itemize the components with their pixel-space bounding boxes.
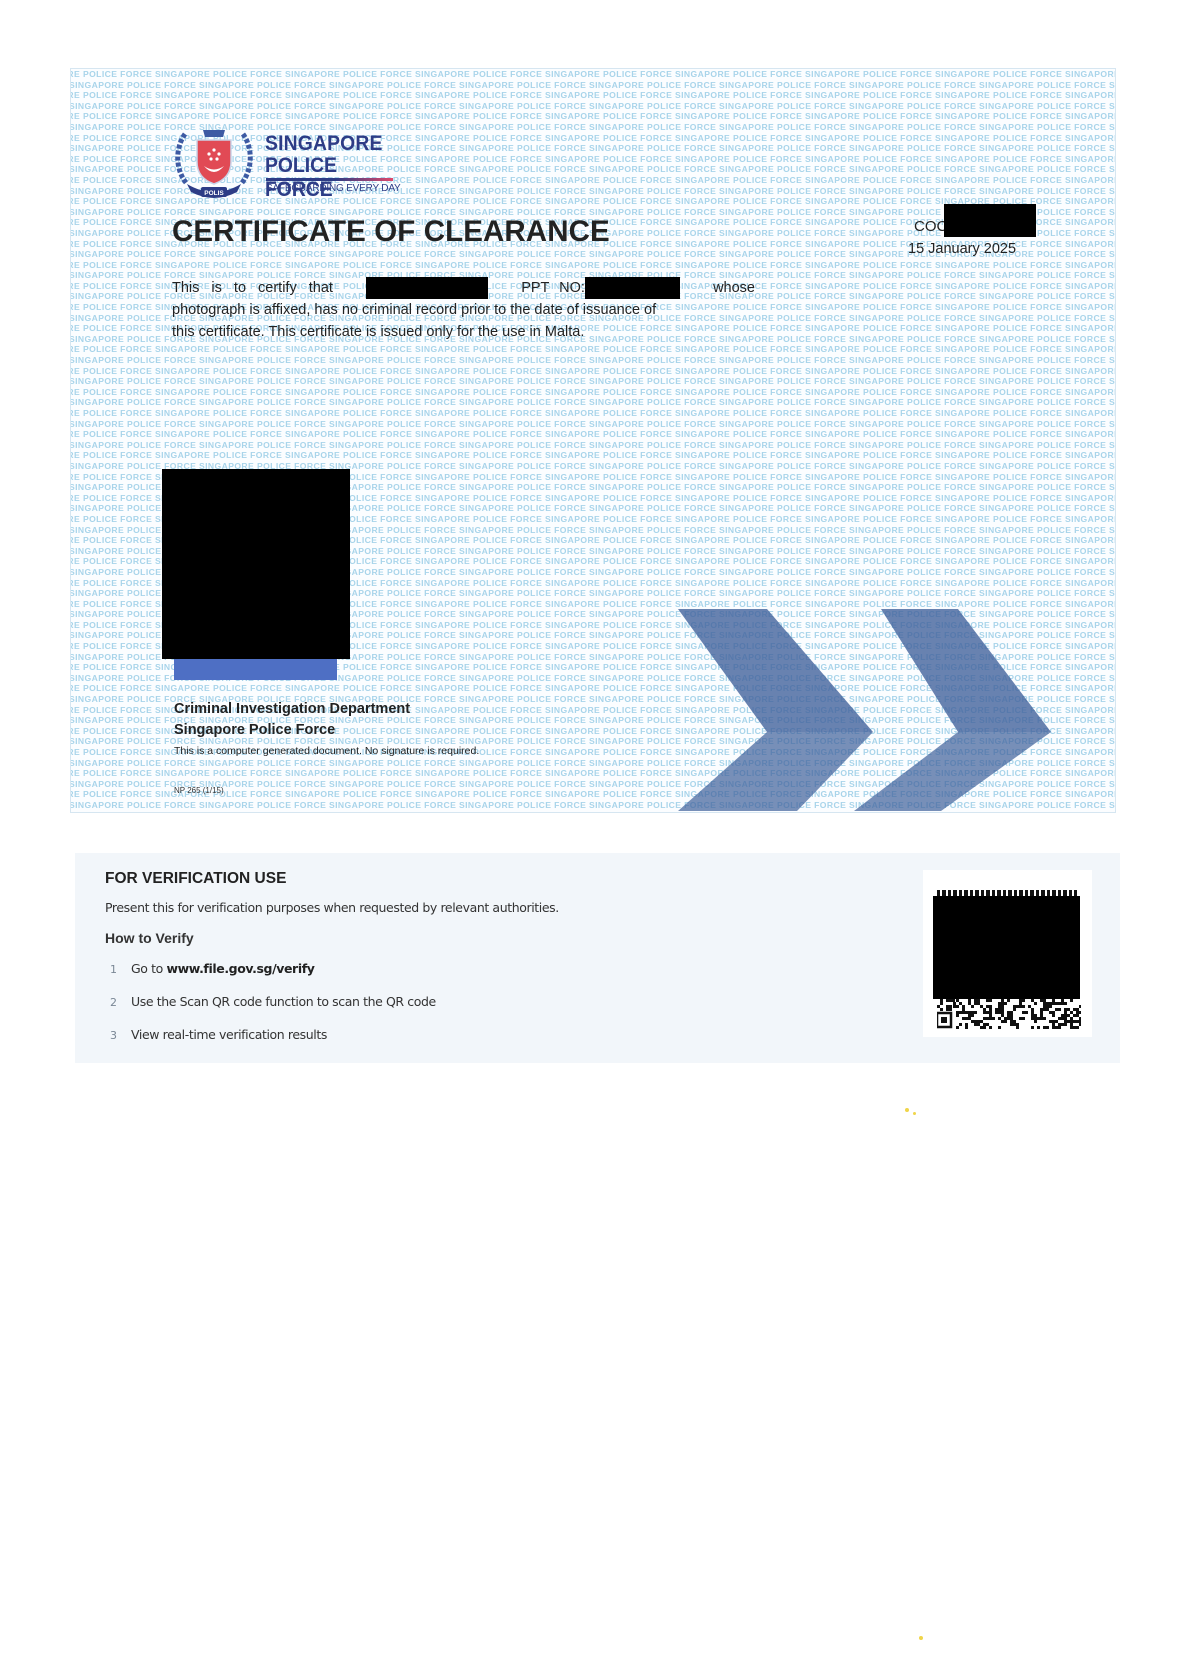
reference-prefix: COC: [914, 218, 947, 235]
statement-suffix: whose: [713, 277, 755, 299]
step-number: 1: [110, 963, 131, 976]
qr-code-redacted: [933, 896, 1080, 999]
certification-statement: This is to certify that PPT NO: whose ph…: [172, 277, 755, 343]
logo-tagline: SAFEGUARDING EVERY DAY: [266, 183, 401, 194]
qr-pattern-bottom: [937, 999, 1081, 1029]
svg-text:POLIS: POLIS: [204, 190, 224, 197]
step-text: View real-time verification results: [131, 1027, 327, 1042]
step-number: 3: [110, 1029, 131, 1042]
verification-heading: FOR VERIFICATION USE: [105, 870, 286, 888]
photo-bottom-edge: [174, 659, 337, 680]
verification-step: 1 Go to www.file.gov.sg/verify: [110, 961, 436, 994]
issuer-block: Criminal Investigation Department Singap…: [174, 699, 410, 741]
statement-line2: photograph is affixed, has no criminal r…: [172, 299, 755, 321]
verification-description: Present this for verification purposes w…: [105, 900, 559, 915]
computer-generated-note: This is a computer generated document. N…: [174, 745, 479, 757]
scan-speck: [905, 1108, 909, 1112]
verification-step: 3 View real-time verification results: [110, 1027, 436, 1060]
logo-rule: [266, 178, 393, 181]
step-text: Go to: [131, 961, 163, 976]
holder-name-redacted: [366, 277, 488, 299]
issuer-organisation: Singapore Police Force: [174, 720, 410, 741]
ppt-label: PPT NO:: [521, 277, 585, 299]
scan-speck: [919, 1636, 923, 1640]
statement-line3: this certificate. This certificate is is…: [172, 321, 755, 343]
certificate-title: CERTIFICATE OF CLEARANCE: [172, 215, 610, 249]
passport-number-redacted: [585, 277, 680, 299]
step-number: 2: [110, 996, 131, 1009]
issue-date: 15 January 2025: [908, 241, 1016, 257]
verification-step: 2 Use the Scan QR code function to scan …: [110, 994, 436, 1027]
issuer-department: Criminal Investigation Department: [174, 699, 410, 720]
logo-line1: SINGAPORE: [265, 132, 383, 156]
qr-code[interactable]: [923, 870, 1092, 1037]
verification-panel: FOR VERIFICATION USE Present this for ve…: [75, 853, 1120, 1063]
statement-prefix: This is to certify that: [172, 277, 333, 299]
verify-url-link[interactable]: www.file.gov.sg/verify: [166, 961, 314, 976]
spf-logo: POLIS SINGAPORE POLICE FORCE SAFEGUARDIN…: [173, 126, 403, 204]
holder-photo-redacted: [162, 469, 350, 659]
reference-number-redacted: [944, 204, 1036, 237]
certificate: SINGAPORE POLICE FORCE SINGAPORE POLICE …: [70, 68, 1116, 813]
step-text: Use the Scan QR code function to scan th…: [131, 994, 436, 1009]
verification-steps: 1 Go to www.file.gov.sg/verify 2 Use the…: [110, 961, 436, 1060]
police-crest-icon: POLIS: [173, 126, 255, 202]
how-to-verify-heading: How to Verify: [105, 930, 194, 946]
scan-speck: [913, 1112, 916, 1115]
form-number: NP 265 (1/15): [174, 786, 224, 795]
